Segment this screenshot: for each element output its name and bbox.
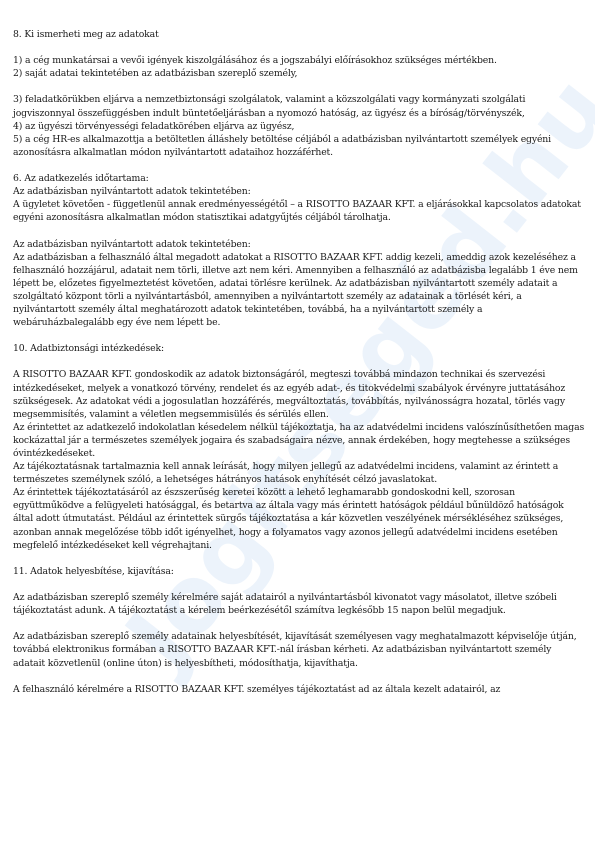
section-8-item: 3) feladatkörükben eljárva a nemzetbizto… <box>13 93 585 119</box>
section-10-paragraph: Az érintettet az adatkezelő indokolatlan… <box>13 421 585 460</box>
document-page: 8. Ki ismerheti meg az adatokat 1) a cég… <box>13 28 585 696</box>
section-8-item: 5) a cég HR-es alkalmazottja a betöltetl… <box>13 133 585 159</box>
section-8-heading: 8. Ki ismerheti meg az adatokat <box>13 28 585 41</box>
section-10-paragraph: Az érintettek tájékoztatásáról az észsze… <box>13 486 585 551</box>
section-6-block1-text: A ügyletet követően - függetlenül annak … <box>13 198 585 224</box>
section-8-item: 1) a cég munkatársai a vevői igények kis… <box>13 54 585 67</box>
section-11-paragraph: A felhasználó kérelmére a RISOTTO BAZAAR… <box>13 683 585 696</box>
section-10-heading: 10. Adatbiztonsági intézkedések: <box>13 342 585 355</box>
section-10-paragraph: Az tájékoztatásnak tartalmaznia kell ann… <box>13 460 585 486</box>
section-11-heading: 11. Adatok helyesbítése, kijavítása: <box>13 565 585 578</box>
section-8-item: 2) saját adatai tekintetében az adatbázi… <box>13 67 585 80</box>
section-6-heading: 6. Az adatkezelés időtartama: <box>13 172 585 185</box>
section-8-item: 4) az ügyészi törvényességi feladatköréb… <box>13 120 585 133</box>
section-6-block2-title: Az adatbázisban nyilvántartott adatok te… <box>13 238 585 251</box>
section-11-paragraph: Az adatbázisban szereplő személy kérelmé… <box>13 591 585 617</box>
section-11-paragraph: Az adatbázisban szereplő személy adatain… <box>13 630 585 669</box>
section-6-block2-text: Az adatbázisban a felhasználó által mega… <box>13 251 585 330</box>
section-6-block1-title: Az adatbázisban nyilvántartott adatok te… <box>13 185 585 198</box>
section-10-paragraph: A RISOTTO BAZAAR KFT. gondoskodik az ada… <box>13 368 585 420</box>
